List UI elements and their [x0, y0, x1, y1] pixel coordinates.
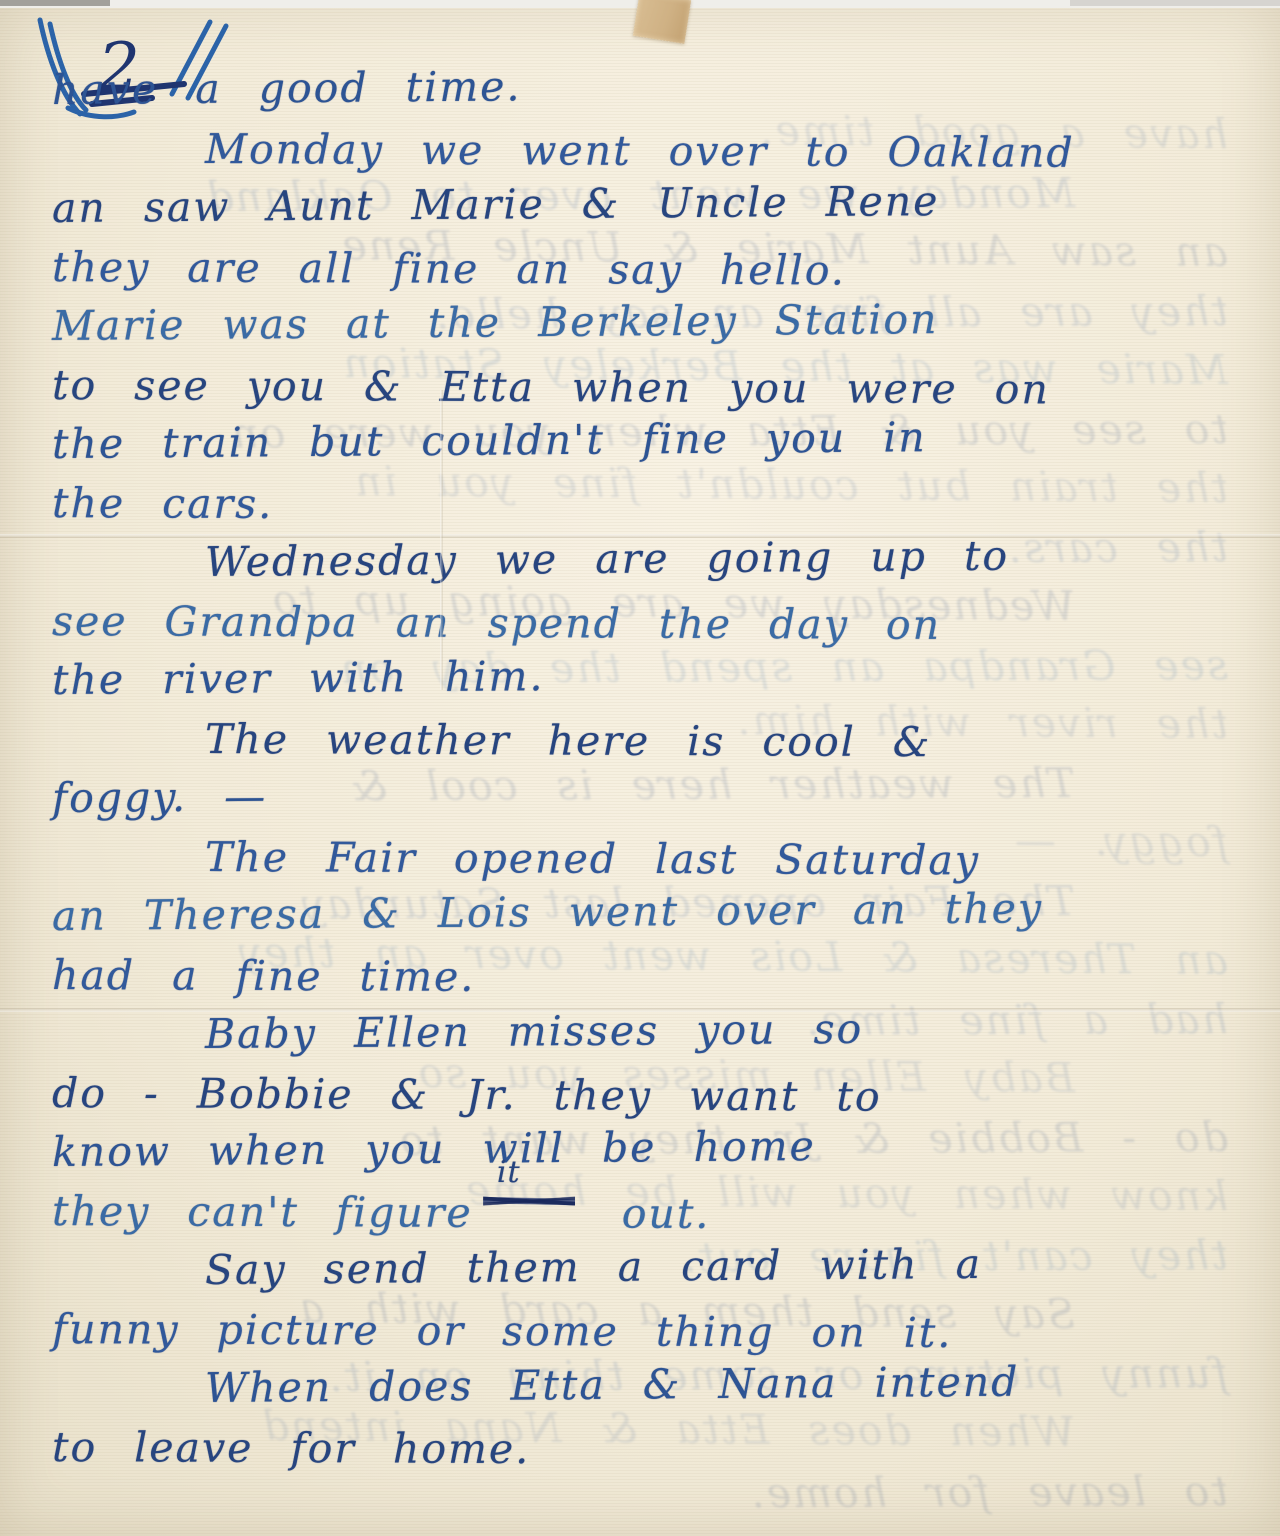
correction-after-text: out.: [585, 1189, 711, 1238]
letter-line: an Theresa & Lois went over an they: [52, 882, 1280, 951]
tape-fragment: [633, 0, 691, 44]
letter-line: to leave for home.: [52, 1423, 1280, 1487]
letter-line: Baby Ellen misses you so: [205, 1002, 1280, 1069]
scribbled-out-word: it: [483, 1207, 575, 1227]
letter-line: foggy. —: [52, 764, 1280, 833]
letter-line: Wednesday we are going up to: [205, 530, 1280, 597]
letter-line: Marie was at the Berkeley Station: [52, 292, 1280, 361]
letter-line: have a good time.: [52, 56, 1280, 125]
letter-line: When does Etta & Nana intend: [205, 1356, 1280, 1423]
letter-line: the river with him.: [52, 646, 1280, 715]
letter-line: Say send them a card with a: [205, 1238, 1280, 1305]
scan-edge-left: [0, 0, 110, 6]
letter-page: 2 have a good time.Monday we went over t…: [0, 0, 1280, 1536]
letter-line: the train but couldn't fine you in: [52, 410, 1280, 479]
handwritten-text: have a good time.Monday we went over to …: [0, 66, 1280, 1482]
scan-edge-right: [1070, 0, 1280, 6]
strike-scribble: [483, 1193, 575, 1209]
letter-line: know when you will be home: [52, 1118, 1280, 1187]
letter-line: an saw Aunt Marie & Uncle Rene: [52, 174, 1280, 243]
inserted-word: it: [497, 1155, 521, 1190]
